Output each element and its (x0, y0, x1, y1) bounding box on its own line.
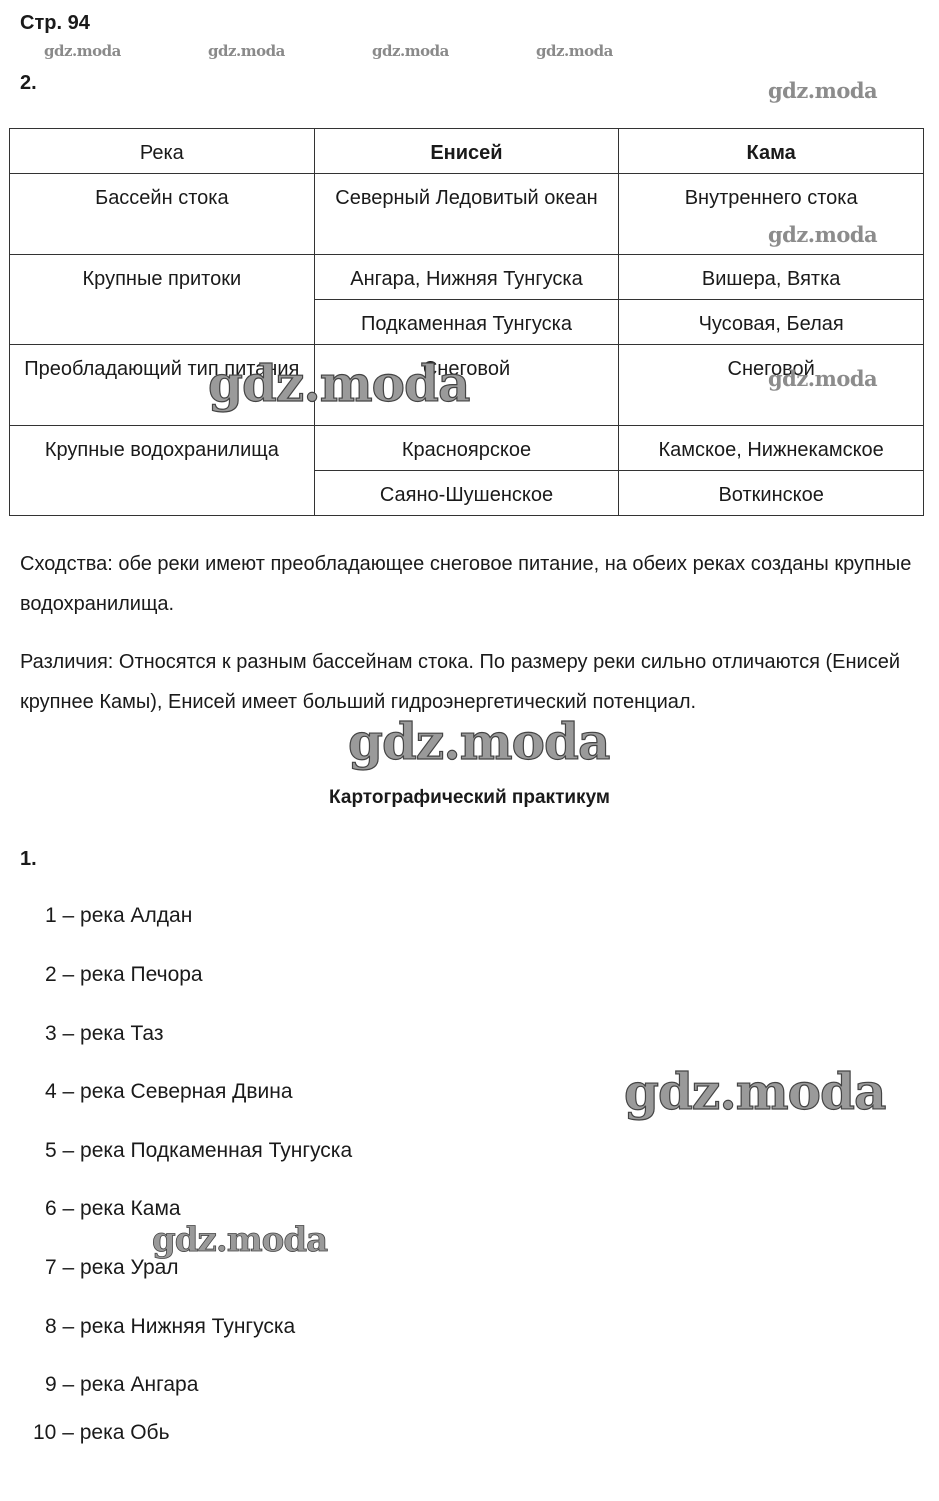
list-item: 10 – река Обь (33, 1421, 170, 1445)
yenisei-cell: Ангара, Нижняя Тунгуска (314, 255, 619, 300)
watermark: gdz.moda (768, 78, 877, 103)
table-row: Крупные притоки Ангара, Нижняя Тунгуска … (10, 255, 924, 300)
differences-text: Различия: Относятся к разным бассейнам с… (20, 642, 920, 722)
list-item: 1 – река Алдан (45, 904, 192, 928)
yenisei-cell: Северный Ледовитый океан (314, 174, 619, 255)
list-item: 9 – река Ангара (45, 1373, 198, 1397)
list-item: 3 – река Таз (45, 1022, 164, 1046)
kama-cell: Камское, Нижнекамское (619, 426, 924, 471)
list-item: 5 – река Подкаменная Тунгуска (45, 1139, 352, 1163)
header-cell: Кама (619, 129, 924, 174)
watermark: gdz.moda (152, 1220, 327, 1260)
list-item: 2 – река Печора (45, 963, 203, 987)
row-label: Бассейн стока (10, 174, 315, 255)
task-number: 2. (20, 72, 37, 95)
page-label: Стр. 94 (20, 12, 90, 35)
yenisei-cell: Подкаменная Тунгуска (314, 300, 619, 345)
kama-cell: Воткинское (619, 471, 924, 516)
watermark: gdz.moda (624, 1062, 885, 1121)
watermark: gdz.moda (768, 366, 877, 391)
task-number: 1. (20, 848, 37, 871)
section-title: Картографический практикум (0, 787, 939, 809)
row-label: Крупные водохранилища (10, 426, 315, 516)
watermark: gdz.moda (768, 222, 877, 247)
watermark: gdz.moda (44, 42, 121, 60)
header-cell: Енисей (314, 129, 619, 174)
watermark: gdz.moda (348, 712, 609, 771)
rivers-comparison-table: Река Енисей Кама Бассейн стока Северный … (9, 128, 924, 516)
watermark: gdz.moda (208, 354, 469, 413)
list-item: 8 – река Нижняя Тунгуска (45, 1315, 295, 1339)
similarities-text: Сходства: обе реки имеют преобладающее с… (20, 544, 920, 624)
watermark: gdz.moda (536, 42, 613, 60)
kama-cell: Чусовая, Белая (619, 300, 924, 345)
table-row: Крупные водохранилища Красноярское Камск… (10, 426, 924, 471)
header-cell: Река (10, 129, 315, 174)
yenisei-cell: Саяно-Шушенское (314, 471, 619, 516)
kama-cell: Вишера, Вятка (619, 255, 924, 300)
row-label: Крупные притоки (10, 255, 315, 345)
table-header-row: Река Енисей Кама (10, 129, 924, 174)
watermark: gdz.moda (372, 42, 449, 60)
list-item: 6 – река Кама (45, 1197, 181, 1221)
list-item: 4 – река Северная Двина (45, 1080, 293, 1104)
watermark: gdz.moda (208, 42, 285, 60)
yenisei-cell: Красноярское (314, 426, 619, 471)
